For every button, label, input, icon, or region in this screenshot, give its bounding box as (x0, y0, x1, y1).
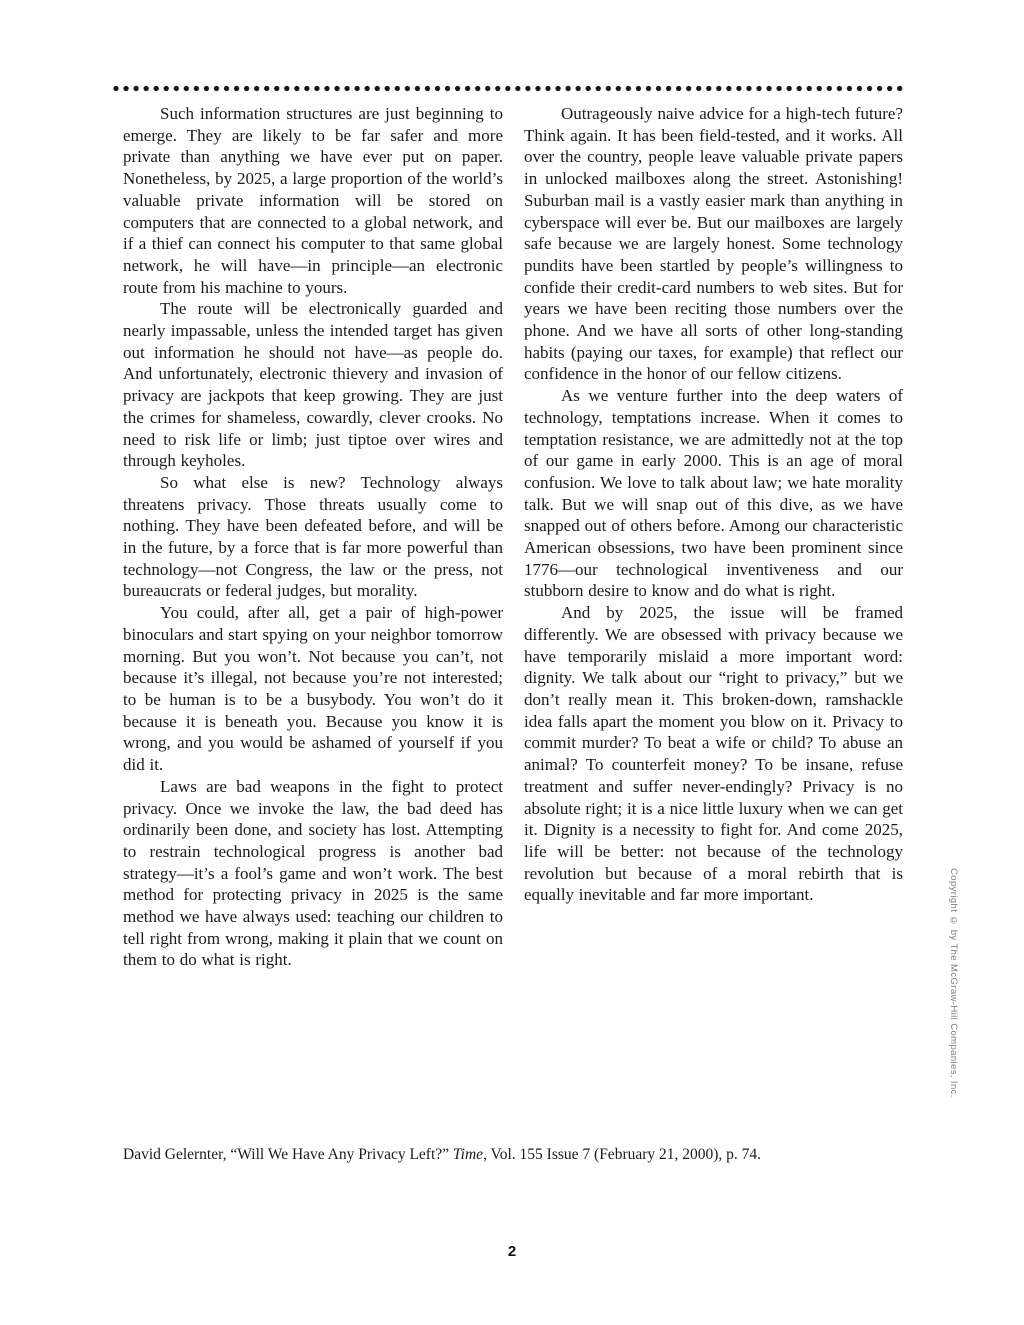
citation-volume-date: , Vol. 155 Issue 7 (February 21, 2000), … (483, 1146, 761, 1163)
document-page: Such information structures are just beg… (0, 0, 1024, 1325)
citation-publication: Time (453, 1146, 483, 1163)
paragraph: And by 2025, the issue will be framed di… (524, 602, 903, 906)
article-body: Such information structures are just beg… (123, 103, 903, 971)
paragraph: Such information structures are just beg… (123, 103, 503, 298)
citation-author-title: David Gelernter, “Will We Have Any Priva… (123, 1146, 453, 1163)
paragraph: Outrageously naive advice for a high-tec… (524, 103, 903, 385)
dotted-divider (113, 85, 907, 92)
copyright-notice: Copyright © by The McGraw-Hill Companies… (948, 868, 959, 1098)
paragraph: As we venture further into the deep wate… (524, 385, 903, 602)
source-citation: David Gelernter, “Will We Have Any Priva… (123, 1145, 913, 1165)
paragraph: You could, after all, get a pair of high… (123, 602, 503, 776)
paragraph: Laws are bad weapons in the fight to pro… (123, 776, 503, 971)
paragraph: The route will be electronically guarded… (123, 298, 503, 472)
right-column: Outrageously naive advice for a high-tec… (524, 103, 903, 971)
paragraph: So what else is new? Technology always t… (123, 472, 503, 602)
page-number: 2 (0, 1243, 1024, 1260)
left-column: Such information structures are just beg… (123, 103, 503, 971)
